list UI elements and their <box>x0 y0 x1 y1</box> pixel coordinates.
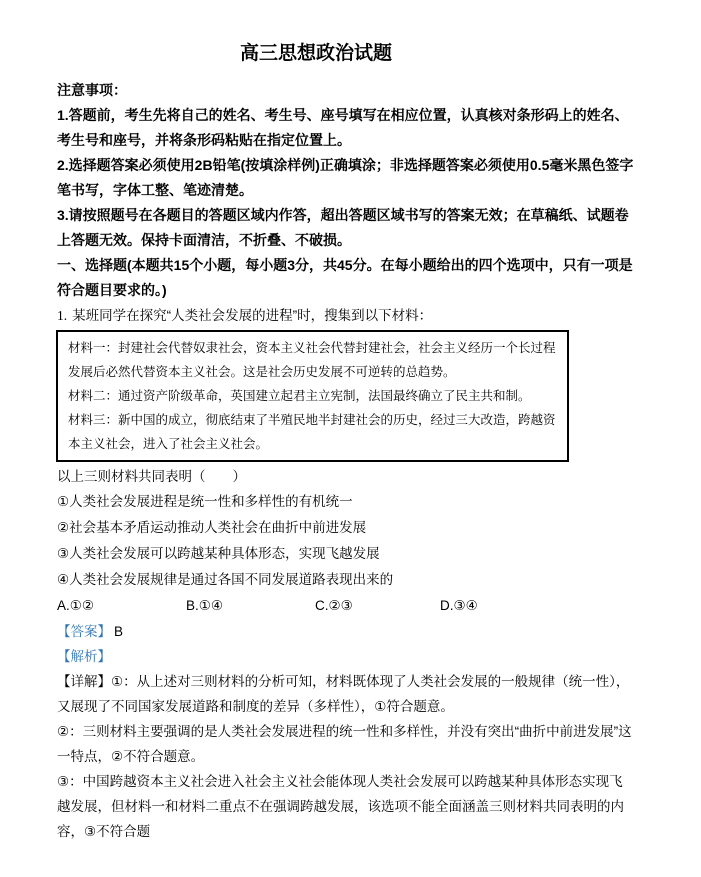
answer-line: 【答案】B <box>57 619 635 644</box>
page-title: 高三思想政治试题 <box>57 42 575 66</box>
explanation-paragraph-3: ③：中国跨越资本主义社会进入社会主义社会能体现人类社会发展可以跨越某种具体形态实… <box>57 769 635 844</box>
option-a: A.①② <box>57 593 186 619</box>
document-page: 高三思想政治试题 注意事项： 1.答题前，考生先将自己的姓名、考生号、座号填写在… <box>0 0 701 877</box>
material-paragraph-3: 材料三：新中国的成立，彻底结束了半殖民地半封建社会的历史，经过三大改造，跨越资本… <box>68 408 557 456</box>
question-stem-line: 1.某班同学在探究“人类社会发展的进程”时，搜集到以下材料： <box>57 306 635 326</box>
notice-heading: 注意事项： <box>57 78 635 103</box>
answer-value: B <box>114 624 123 639</box>
notice-section: 注意事项： 1.答题前，考生先将自己的姓名、考生号、座号填写在相应位置，认真核对… <box>57 78 635 253</box>
statement-1: ①人类社会发展进程是统一性和多样性的有机统一 <box>57 489 635 515</box>
option-d: D.③④ <box>440 593 478 619</box>
option-b: B.①④ <box>186 593 315 619</box>
explanation-paragraph-2: ②：三则材料主要强调的是人类社会发展进程的统一性和多样性，并没有突出“曲折中前进… <box>57 719 635 769</box>
section-header: 一、选择题(本题共15个小题，每小题3分，共45分。在每小题给出的四个选项中，只… <box>57 253 635 303</box>
notice-item-2: 2.选择题答案必须使用2B铅笔(按填涂样例)正确填涂；非选择题答案必须使用0.5… <box>57 153 635 203</box>
notice-item-1: 1.答题前，考生先将自己的姓名、考生号、座号填写在相应位置，认真核对条形码上的姓… <box>57 103 635 153</box>
material-paragraph-2: 材料二：通过资产阶级革命，英国建立起君主立宪制，法国最终确立了民主共和制。 <box>68 384 557 408</box>
question-prompt: 以上三则材料共同表明（ ） <box>57 464 635 489</box>
option-c: C.②③ <box>315 593 440 619</box>
notice-item-3: 3.请按照题号在各题目的答题区域内作答，超出答题区域书写的答案无效；在草稿纸、试… <box>57 203 635 253</box>
statement-3: ③人类社会发展可以跨越某种具体形态，实现飞越发展 <box>57 541 635 567</box>
question-number: 1. <box>57 308 67 323</box>
question-stem: 某班同学在探究“人类社会发展的进程”时，搜集到以下材料： <box>72 308 432 323</box>
material-box: 材料一：封建社会代替奴隶社会，资本主义社会代替封建社会，社会主义经历一个长过程发… <box>56 330 569 462</box>
explanation-paragraph-1: 【详解】①：从上述对三则材料的分析可知，材料既体现了人类社会发展的一般规律（统一… <box>57 669 635 719</box>
statement-2: ②社会基本矛盾运动推动人类社会在曲折中前进发展 <box>57 515 635 541</box>
statement-4: ④人类社会发展规律是通过各国不同发展道路表现出来的 <box>57 567 635 593</box>
material-paragraph-1: 材料一：封建社会代替奴隶社会，资本主义社会代替封建社会，社会主义经历一个长过程发… <box>68 336 557 384</box>
options-row: A.①② B.①④ C.②③ D.③④ <box>57 593 635 619</box>
answer-label: 【答案】 <box>57 624 111 639</box>
analysis-label: 【解析】 <box>57 644 635 669</box>
